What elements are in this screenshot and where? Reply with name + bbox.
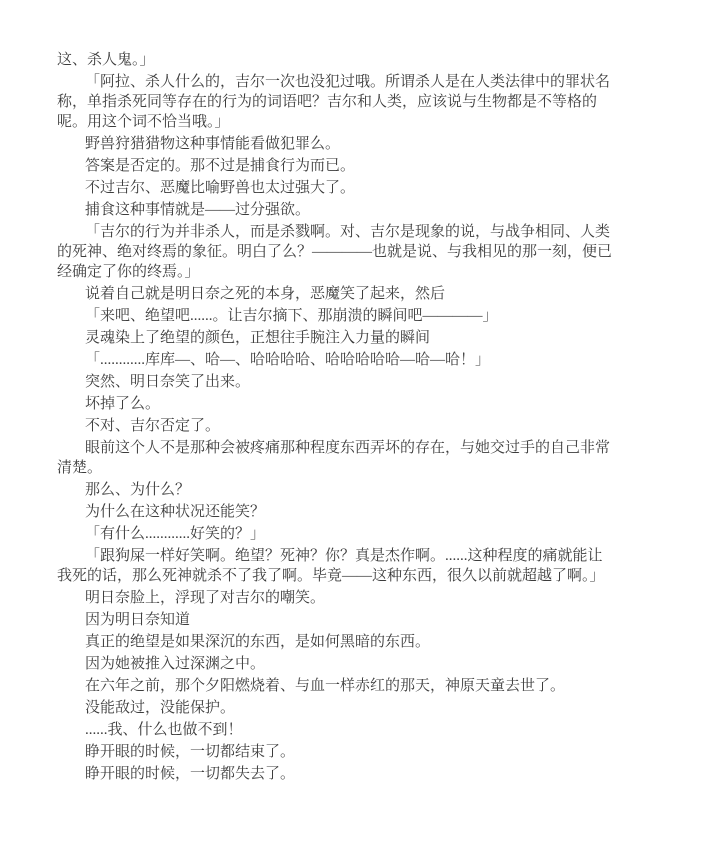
paragraph: 那么、为什么？: [57, 480, 657, 500]
text-line: 在六年之前，那个夕阳燃烧着、与血一样赤红的那天，神原天童去世了。: [57, 676, 657, 696]
paragraph: 灵魂染上了绝望的颜色，正想往手腕注入力量的瞬间: [57, 328, 657, 348]
paragraph: 因为明日奈知道: [57, 610, 657, 630]
text-line: 称，单指杀死同等存在的行为的词语吧？吉尔和人类，应该说与生物都是不等格的: [57, 92, 657, 112]
text-line: 因为她被推入过深渊之中。: [57, 654, 657, 674]
text-line: 经确定了你的终焉。」: [57, 262, 657, 282]
text-line: 「有什么............好笑的？」: [57, 524, 657, 544]
paragraph: 「来吧、绝望吧......。让吉尔摘下、那崩溃的瞬间吧————」: [57, 306, 657, 326]
text-line: 没能敌过，没能保护。: [57, 698, 657, 718]
paragraph: 眼前这个人不是那种会被疼痛那种程度东西弄坏的存在，与她交过手的自己非常清楚。: [57, 438, 657, 478]
text-line: 答案是否定的。那不过是捕食行为而已。: [57, 156, 657, 176]
text-line: 呢。用这个词不恰当哦。」: [57, 112, 657, 132]
text-line: 不对、吉尔否定了。: [57, 416, 657, 436]
text-line: 「............库库—、哈—、哈哈哈哈、哈哈哈哈哈—哈—哈！」: [57, 350, 657, 370]
text-line: 的死神、绝对终焉的象征。明白了么？————也就是说、与我相见的那一刻，便已: [57, 242, 657, 262]
paragraph: 不对、吉尔否定了。: [57, 416, 657, 436]
text-line: 睁开眼的时候，一切都失去了。: [57, 764, 657, 784]
paragraph: 「跟狗屎一样好笑啊。绝望？死神？你？真是杰作啊。......这种程度的痛就能让我…: [57, 546, 657, 586]
text-line: 说着自己就是明日奈之死的本身，恶魔笑了起来，然后: [57, 284, 657, 304]
paragraph: 「有什么............好笑的？」: [57, 524, 657, 544]
paragraph: 答案是否定的。那不过是捕食行为而已。: [57, 156, 657, 176]
text-line: 坏掉了么。: [57, 394, 657, 414]
paragraph: 「............库库—、哈—、哈哈哈哈、哈哈哈哈哈—哈—哈！」: [57, 350, 657, 370]
paragraph: 不过吉尔、恶魔比喻野兽也太过强大了。: [57, 178, 657, 198]
paragraph: 真正的绝望是如果深沉的东西，是如何黑暗的东西。: [57, 632, 657, 652]
text-line: 眼前这个人不是那种会被疼痛那种程度东西弄坏的存在，与她交过手的自己非常: [57, 438, 657, 458]
text-line: 我死的话，那么死神就杀不了我了啊。毕竟——这种东西，很久以前就超越了啊。」: [57, 566, 657, 586]
paragraph: 睁开眼的时候，一切都失去了。: [57, 764, 657, 784]
text-line: 突然、明日奈笑了出来。: [57, 372, 657, 392]
text-line: 「来吧、绝望吧......。让吉尔摘下、那崩溃的瞬间吧————」: [57, 306, 657, 326]
paragraph: 明日奈脸上，浮现了对吉尔的嘲笑。: [57, 588, 657, 608]
paragraph: 这、杀人鬼。」: [57, 50, 657, 70]
text-line: 明日奈脸上，浮现了对吉尔的嘲笑。: [57, 588, 657, 608]
text-line: 不过吉尔、恶魔比喻野兽也太过强大了。: [57, 178, 657, 198]
text-line: 为什么在这种状况还能笑？: [57, 502, 657, 522]
text-line: 睁开眼的时候，一切都结束了。: [57, 742, 657, 762]
text-line: 那么、为什么？: [57, 480, 657, 500]
paragraph: 「吉尔的行为并非杀人，而是杀戮啊。对、吉尔是现象的说，与战争相同、人类的死神、绝…: [57, 222, 657, 282]
paragraph: 在六年之前，那个夕阳燃烧着、与血一样赤红的那天，神原天童去世了。: [57, 676, 657, 696]
text-line: 因为明日奈知道: [57, 610, 657, 630]
text-line: 清楚。: [57, 458, 657, 478]
paragraph: 为什么在这种状况还能笑？: [57, 502, 657, 522]
paragraph: 坏掉了么。: [57, 394, 657, 414]
paragraph: 说着自己就是明日奈之死的本身，恶魔笑了起来，然后: [57, 284, 657, 304]
text-line: 「阿拉、杀人什么的，吉尔一次也没犯过哦。所谓杀人是在人类法律中的罪状名: [57, 72, 657, 92]
text-line: ......我、什么也做不到！: [57, 720, 657, 740]
paragraph: 野兽狩猎猎物这种事情能看做犯罪么。: [57, 134, 657, 154]
paragraph: 突然、明日奈笑了出来。: [57, 372, 657, 392]
paragraph: 没能敌过，没能保护。: [57, 698, 657, 718]
paragraph: 睁开眼的时候，一切都结束了。: [57, 742, 657, 762]
text-line: 灵魂染上了绝望的颜色，正想往手腕注入力量的瞬间: [57, 328, 657, 348]
paragraph: ......我、什么也做不到！: [57, 720, 657, 740]
text-line: 捕食这种事情就是——过分强欲。: [57, 200, 657, 220]
text-line: 「跟狗屎一样好笑啊。绝望？死神？你？真是杰作啊。......这种程度的痛就能让: [57, 546, 657, 566]
paragraph: 捕食这种事情就是——过分强欲。: [57, 200, 657, 220]
document-page: 这、杀人鬼。」「阿拉、杀人什么的，吉尔一次也没犯过哦。所谓杀人是在人类法律中的罪…: [0, 0, 708, 850]
novel-text-block: 这、杀人鬼。」「阿拉、杀人什么的，吉尔一次也没犯过哦。所谓杀人是在人类法律中的罪…: [57, 50, 657, 784]
text-line: 真正的绝望是如果深沉的东西，是如何黑暗的东西。: [57, 632, 657, 652]
paragraph: 因为她被推入过深渊之中。: [57, 654, 657, 674]
text-line: 野兽狩猎猎物这种事情能看做犯罪么。: [57, 134, 657, 154]
text-line: 「吉尔的行为并非杀人，而是杀戮啊。对、吉尔是现象的说，与战争相同、人类: [57, 222, 657, 242]
text-line: 这、杀人鬼。」: [57, 50, 657, 70]
paragraph: 「阿拉、杀人什么的，吉尔一次也没犯过哦。所谓杀人是在人类法律中的罪状名称，单指杀…: [57, 72, 657, 132]
